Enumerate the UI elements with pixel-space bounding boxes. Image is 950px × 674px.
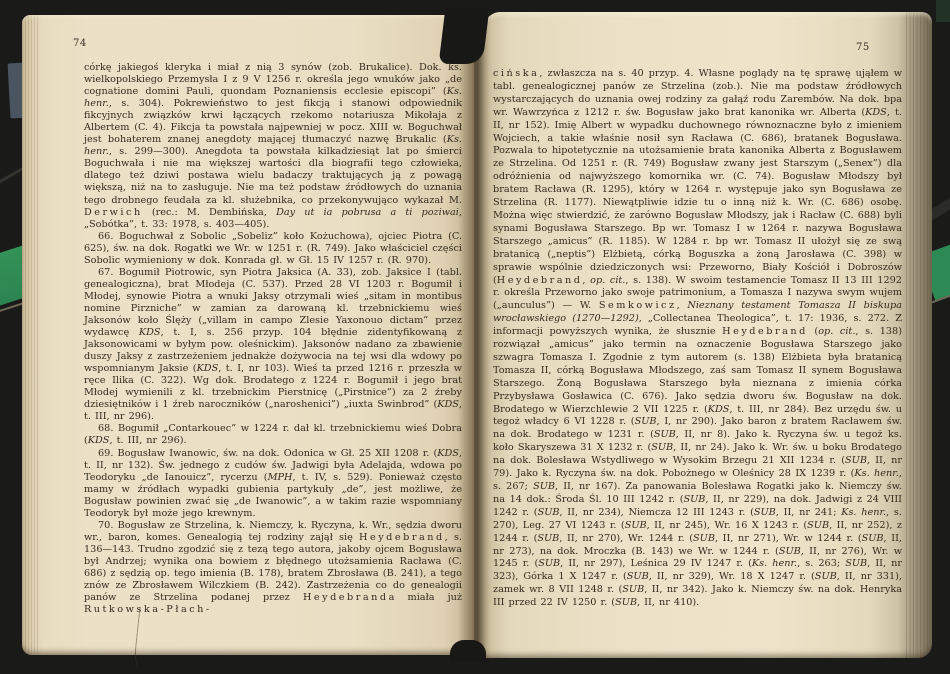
- paragraph: córkę jakiegoś kleryka i miał z nią 3 sy…: [84, 62, 462, 231]
- left-page-text: córkę jakiegoś kleryka i miał z nią 3 sy…: [84, 62, 462, 616]
- paragraph: 69. Bogusław Iwanowic, św. na dok. Odoni…: [84, 448, 462, 520]
- paragraph: cińska, zwłaszcza na s. 40 przyp. 4. Wła…: [493, 68, 902, 610]
- paragraph: 66. Boguchwał z Sobolic „Sobeliz” koło K…: [84, 231, 462, 267]
- paragraph: 67. Bogumił Piotrowic, syn Piotra Jaksic…: [84, 267, 462, 424]
- book-gutter: [458, 12, 492, 658]
- paragraph: 68. Bogumił „Contarkouec” w 1224 r. dał …: [84, 423, 462, 447]
- book-spread: 74 75 córkę jakiegoś kleryka i miał z ni…: [22, 12, 932, 658]
- scanned-book-photo: { "document": { "left_page": { "number":…: [0, 0, 950, 674]
- page-number-right: 75: [856, 42, 870, 53]
- right-page-text: cińska, zwłaszcza na s. 40 przyp. 4. Wła…: [493, 68, 902, 610]
- page-number-left: 74: [73, 38, 87, 49]
- paragraph: 70. Bogusław ze Strzelina, k. Niemczy, k…: [84, 520, 462, 616]
- gutter-notch-bottom: [450, 640, 486, 662]
- background-corner-patch: [936, 0, 950, 22]
